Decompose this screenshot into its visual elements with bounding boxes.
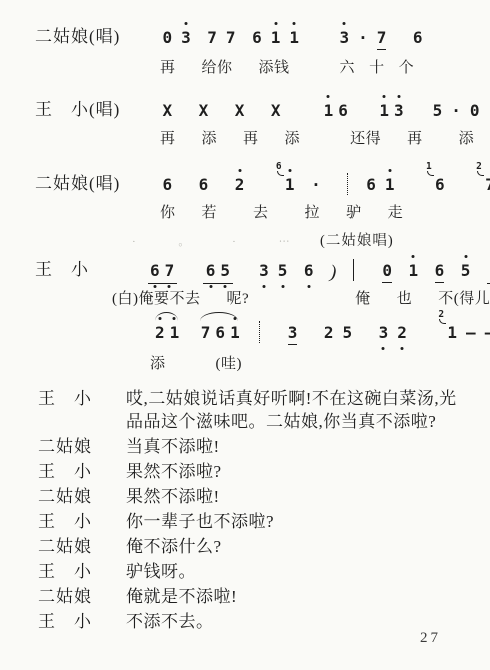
dialogue-speaker: 王 小: [38, 511, 126, 534]
lyric: 再: [407, 127, 423, 148]
speaker-label: 王 小(唱): [35, 95, 158, 120]
dialogue-text: 当真不添啦!: [126, 436, 472, 459]
lyric: 呢?: [227, 287, 250, 308]
annotation-label: (二姑娘唱): [320, 229, 394, 250]
octave-dot-above: [238, 169, 241, 172]
note: 5: [342, 322, 352, 344]
dialogue-speaker: 王 小: [38, 611, 126, 634]
dialogue-row: 王 小哎,二姑娘说话真好听啊!不在这碗白菜汤,光品品这个滋味吧。二姑娘,你当真不…: [38, 388, 472, 433]
dialogue-speaker: 二姑娘: [38, 486, 126, 509]
note-digit: 3: [379, 322, 389, 344]
note-digit: 7: [485, 174, 490, 196]
note: 1: [230, 322, 240, 344]
dialogue-speaker: 二姑娘: [38, 436, 126, 459]
note-digit: 7: [377, 27, 387, 49]
lyric: (白)俺要不去: [112, 287, 201, 308]
music-row: 王 小6765356)01655·3: [35, 255, 490, 281]
percussion-note: X: [199, 100, 209, 122]
percussion-note: X: [235, 100, 245, 122]
octave-dot-above: [173, 317, 176, 320]
note: 6: [252, 27, 262, 49]
note: 7: [226, 27, 236, 49]
note: 72: [485, 174, 490, 196]
extension-dash: –: [485, 322, 490, 344]
note-digit: 7: [226, 27, 236, 49]
note: 5: [220, 260, 230, 282]
dialogue-row: 二姑娘果然不添啦!: [38, 486, 472, 509]
percussion-note: X: [163, 100, 173, 122]
octave-dot-above: [388, 169, 391, 172]
note-digit: 5: [278, 260, 288, 282]
note: 1: [385, 174, 395, 196]
note-digit: 6: [338, 100, 348, 122]
note-digit: ·: [358, 27, 368, 49]
note-digit: 7: [207, 27, 217, 49]
note-digit: 1: [379, 100, 389, 122]
note-digit: 6: [206, 260, 216, 282]
note-digit: 5: [461, 260, 471, 282]
note-digit: 6: [304, 260, 314, 282]
dialogue-text: 俺不添什么?: [126, 536, 472, 559]
lyric: 添: [150, 352, 166, 373]
note: 6: [199, 174, 209, 196]
note-digit: –: [466, 322, 476, 344]
lyric: 走: [388, 201, 404, 222]
lyric: 若: [202, 201, 218, 222]
note-digit: 3: [339, 27, 349, 49]
octave-dot-above: [397, 95, 400, 98]
note: 3: [181, 27, 191, 49]
lyric-row: 再添再添还得再添: [35, 127, 490, 153]
beam-group: 16: [321, 100, 350, 122]
lyric: 俺: [355, 287, 371, 308]
note-digit: 6: [435, 260, 445, 282]
note-digit: X: [271, 100, 281, 122]
lyric-row: 添(哇): [35, 352, 490, 378]
note: 3: [394, 100, 404, 122]
note-digit: 1: [230, 322, 240, 344]
note: 7: [207, 27, 217, 49]
note-digit: 7: [165, 260, 175, 282]
dialogue-text: 哎,二姑娘说话真好听啊!不在这碗白菜汤,光品品这个滋味吧。二姑娘,你当真不添啦?: [126, 388, 472, 433]
note-digit: 6: [199, 174, 209, 196]
lyric: 给你: [202, 56, 233, 77]
dialogue-text: 驴钱呀。: [126, 561, 472, 584]
note-digit: 5: [433, 100, 443, 122]
lyric: 拉: [305, 201, 321, 222]
note-digit: X: [163, 100, 173, 122]
note: 2: [324, 322, 334, 344]
dialogue-row: 王 小不添不去。: [38, 611, 472, 634]
dialogue-text: 俺就是不添啦!: [126, 586, 472, 609]
note: 6: [435, 260, 445, 283]
lyric: 六: [340, 56, 356, 77]
note-digit: 6: [435, 174, 445, 196]
note-digit: 3: [181, 27, 191, 49]
augmentation-dot: ·: [451, 100, 461, 122]
note: 2: [155, 322, 165, 344]
note-digit: 6: [413, 27, 423, 49]
note: 6: [163, 174, 173, 196]
note-digit: 0: [470, 100, 480, 122]
note: 16: [285, 174, 295, 196]
notes: 03776113·76: [158, 27, 427, 50]
note-digit: 2: [397, 322, 407, 344]
note-digit: 1: [285, 174, 295, 196]
note: 5: [461, 260, 471, 282]
lyric-row: 再给你添钱六十个: [35, 56, 490, 82]
note: 7: [377, 27, 387, 50]
note-digit: X: [199, 100, 209, 122]
note: 6: [413, 27, 423, 49]
octave-dot-above: [158, 317, 161, 320]
dialogue-speaker: 王 小: [38, 388, 126, 433]
note-digit: 2: [324, 322, 334, 344]
barline: [353, 259, 354, 281]
lyric: (哇): [216, 352, 243, 373]
dashed-barline: [259, 321, 260, 343]
lyric: 再: [160, 127, 176, 148]
rest-note: 0: [470, 100, 480, 122]
rest-note: 0: [382, 260, 392, 283]
dialogue-row: 王 小你一辈子也不添啦?: [38, 511, 472, 534]
speaker-label: 王 小: [35, 255, 143, 280]
beam-group: 67: [148, 260, 177, 284]
note-digit: X: [235, 100, 245, 122]
octave-dot-above: [288, 169, 291, 172]
music-row: 217613253212––): [35, 321, 490, 347]
faint-dots: · 。 · ⋯: [132, 233, 310, 249]
dialogue-row: 王 小驴钱呀。: [38, 561, 472, 584]
note: 6: [150, 260, 160, 282]
note-digit: –: [485, 322, 490, 344]
grace-note: 6: [276, 162, 282, 172]
note-digit: 6: [215, 322, 225, 344]
stage-annotation: · 。 · ⋯(二姑娘唱): [132, 229, 472, 247]
octave-dot-above: [293, 22, 296, 25]
note-digit: 5: [342, 322, 352, 344]
note: 61: [435, 174, 445, 196]
note-digit: 6: [252, 27, 262, 49]
note-digit: 1: [385, 174, 395, 196]
note: 1: [379, 100, 389, 122]
note: 12: [447, 322, 457, 344]
note-digit: 6: [150, 260, 160, 282]
augmentation-dot: ·: [358, 27, 368, 49]
note: 3: [288, 322, 298, 345]
octave-dot-above: [343, 22, 346, 25]
note-digit: 1: [447, 322, 457, 344]
speaker-label: 二姑娘(唱): [35, 22, 158, 47]
lyric: 再: [160, 56, 176, 77]
note-digit: 5: [220, 260, 230, 282]
music-row: 王 小(唱)XXXX16135·0: [35, 95, 490, 121]
note-digit: 3: [259, 260, 269, 282]
score-page: 二姑娘(唱)03776113·76再给你添钱六十个王 小(唱)XXXX16135…: [0, 0, 490, 670]
dialogue-row: 王 小果然不添啦?: [38, 461, 472, 484]
slur-group: 761: [198, 322, 242, 344]
dialogue-section: 王 小哎,二姑娘说话真好听啊!不在这碗白菜汤,光品品这个滋味吧。二姑娘,你当真不…: [38, 388, 472, 636]
lyric: 个: [399, 56, 415, 77]
lyric: 添: [285, 127, 301, 148]
dialogue-row: 二姑娘当真不添啦!: [38, 436, 472, 459]
note-digit: 0: [163, 27, 173, 49]
note-digit: ·: [311, 174, 321, 196]
note: 6: [215, 322, 225, 344]
note-digit: 0: [382, 260, 392, 282]
beam-group: 13: [377, 100, 406, 122]
beam-group: 65: [203, 260, 232, 284]
grace-note: 1: [426, 162, 432, 172]
note: 3: [339, 27, 349, 49]
lyric: 驴: [346, 201, 362, 222]
lyric: 去: [253, 201, 269, 222]
lyric-row: 你若去拉驴走: [35, 201, 490, 227]
note-digit: 1: [271, 27, 281, 49]
note: 3: [379, 322, 389, 344]
lyric: 也: [397, 287, 413, 308]
note-digit: 3: [394, 100, 404, 122]
dialogue-speaker: 二姑娘: [38, 586, 126, 609]
note-digit: 1: [170, 322, 180, 344]
grace-note: 2: [438, 310, 444, 320]
note-digit: 1: [289, 27, 299, 49]
note-digit: 2: [235, 174, 245, 196]
note: 6: [304, 260, 314, 282]
lyric: 添钱: [259, 56, 290, 77]
extension-dash: –: [466, 322, 476, 344]
dialogue-text: 你一辈子也不添啦?: [126, 511, 472, 534]
lyric: 还得: [350, 127, 381, 148]
breath-mark: ): [327, 262, 338, 285]
note-digit: 6: [366, 174, 376, 196]
slur-group: 21: [153, 322, 182, 344]
octave-dot-above: [274, 22, 277, 25]
note: 6: [366, 174, 376, 196]
speaker-label: 二姑娘(唱): [35, 169, 158, 194]
note: 2: [397, 322, 407, 344]
dialogue-text: 果然不添啦!: [126, 486, 472, 509]
note-digit: 2: [155, 322, 165, 344]
percussion-note: X: [271, 100, 281, 122]
lyric: 添: [202, 127, 218, 148]
lyric: 不(得儿): [438, 287, 490, 308]
lyric: 你: [160, 201, 176, 222]
lyric: 添: [459, 127, 475, 148]
note: 1: [271, 27, 281, 49]
note: 7: [165, 260, 175, 282]
note: 1: [408, 260, 418, 282]
lyric: 再: [243, 127, 259, 148]
note-digit: 7: [201, 322, 211, 344]
notes: 66216·616172··0: [158, 173, 490, 196]
octave-dot-above: [184, 22, 187, 25]
octave-dot-below: [401, 347, 404, 350]
grace-note: 2: [476, 162, 482, 172]
dialogue-row: 二姑娘俺就是不添啦!: [38, 586, 472, 609]
note: 6: [338, 100, 348, 122]
note: 6: [206, 260, 216, 282]
note: 1: [170, 322, 180, 344]
note-digit: 3: [288, 322, 298, 344]
dialogue-text: 果然不添啦?: [126, 461, 472, 484]
dialogue-speaker: 王 小: [38, 461, 126, 484]
lyric: 十: [369, 56, 385, 77]
music-row: 二姑娘(唱)03776113·76: [35, 22, 490, 48]
notes: 217613253212––): [148, 321, 490, 346]
rest-note: 0: [163, 27, 173, 49]
octave-dot-above: [464, 255, 467, 258]
notes: XXXX16135·0: [158, 99, 490, 122]
lyric-row: (白)俺要不去呢?俺也不(得儿): [35, 287, 490, 313]
note-digit: ·: [451, 100, 461, 122]
note-digit: 6: [163, 174, 173, 196]
octave-dot-above: [327, 95, 330, 98]
page-number: 27: [420, 630, 441, 647]
note-digit: 1: [408, 260, 418, 282]
octave-dot-above: [383, 95, 386, 98]
music-row: 二姑娘(唱)66216·616172··0: [35, 169, 490, 195]
octave-dot-above: [412, 255, 415, 258]
dialogue-row: 二姑娘俺不添什么?: [38, 536, 472, 559]
note: 7: [201, 322, 211, 344]
note: 3: [259, 260, 269, 282]
note: 1: [289, 27, 299, 49]
note: 5: [433, 100, 443, 122]
dialogue-speaker: 王 小: [38, 561, 126, 584]
note: 1: [324, 100, 334, 122]
dialogue-speaker: 二姑娘: [38, 536, 126, 559]
dashed-barline: [347, 173, 348, 195]
note-digit: 1: [324, 100, 334, 122]
octave-dot-below: [382, 347, 385, 350]
octave-dot-above: [233, 317, 236, 320]
notes: 6765356)01655·3: [143, 259, 490, 284]
note: 5: [278, 260, 288, 282]
augmentation-dot: ·: [311, 174, 321, 196]
note: 2: [235, 174, 245, 196]
